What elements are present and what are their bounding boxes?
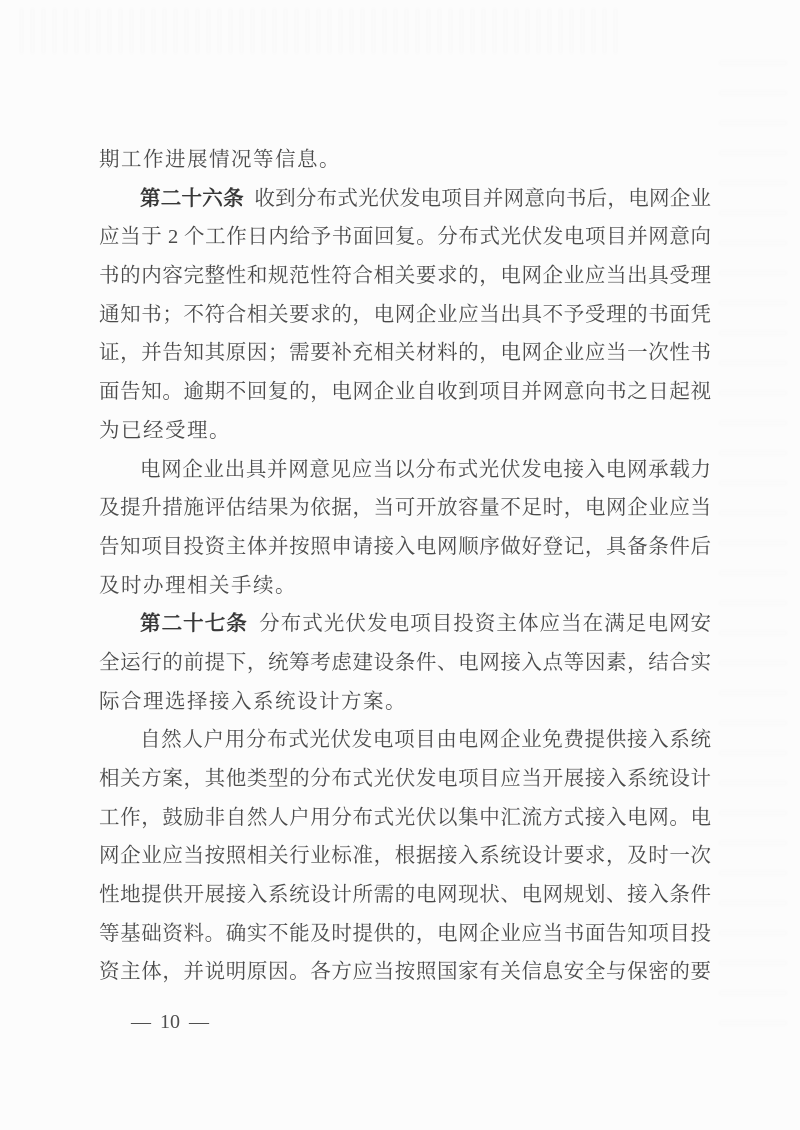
document-page: 期工作进展情况等信息。第二十六条 收到分布式光伏发电项目并网意向书后，电网企业应… bbox=[0, 0, 800, 1130]
body-text: 书的内容完整性和规范性符合相关要求的，电网企业应当出具受理 bbox=[99, 265, 711, 287]
body-text: 面告知。逾期不回复的，电网企业自收到项目并网意向书之日起视 bbox=[99, 381, 711, 403]
body-text: 工作，鼓励非自然人户用分布式光伏以集中汇流方式接入电网。电 bbox=[99, 807, 711, 829]
body-text: 及提升措施评估结果为依据，当可开放容量不足时，电网企业应当 bbox=[99, 497, 711, 519]
text-line: 及时办理相关手续。 bbox=[99, 567, 711, 606]
body-text: 相关方案，其他类型的分布式光伏发电项目应当开展接入系统设计 bbox=[99, 768, 711, 790]
scan-artifact-top bbox=[20, 8, 620, 54]
footer-dash-left: — bbox=[131, 1009, 151, 1035]
text-line: 等基础资料。确实不能及时提供的，电网企业应当书面告知项目投 bbox=[99, 915, 711, 954]
body-text: 际合理选择接入系统设计方案。 bbox=[99, 691, 407, 713]
article-number: 第二十六条 bbox=[140, 188, 244, 210]
text-line: 及提升措施评估结果为依据，当可开放容量不足时，电网企业应当 bbox=[99, 489, 711, 528]
body-text: 性地提供开展接入系统设计所需的电网现状、电网规划、接入条件 bbox=[99, 884, 711, 906]
text-line: 期工作进展情况等信息。 bbox=[99, 141, 711, 180]
text-line: 全运行的前提下，统筹考虑建设条件、电网接入点等因素，结合实 bbox=[99, 644, 711, 683]
body-text: 收到分布式光伏发电项目并网意向书后，电网企业 bbox=[244, 188, 711, 210]
page-footer: —10— bbox=[131, 1009, 209, 1035]
text-line: 自然人户用分布式光伏发电项目由电网企业免费提供接入系统 bbox=[99, 721, 711, 760]
text-line: 工作，鼓励非自然人户用分布式光伏以集中汇流方式接入电网。电 bbox=[99, 799, 711, 838]
text-line: 第二十六条 收到分布式光伏发电项目并网意向书后，电网企业 bbox=[99, 180, 711, 219]
text-line: 电网企业出具并网意见应当以分布式光伏发电接入电网承载力 bbox=[99, 451, 711, 490]
text-line: 第二十七条 分布式光伏发电项目投资主体应当在满足电网安 bbox=[99, 605, 711, 644]
body-text: 电网企业出具并网意见应当以分布式光伏发电接入电网承载力 bbox=[140, 459, 711, 481]
text-line: 际合理选择接入系统设计方案。 bbox=[99, 683, 711, 722]
text-line: 为已经受理。 bbox=[99, 412, 711, 451]
body-text: 为已经受理。 bbox=[99, 420, 231, 442]
scan-artifact-right bbox=[718, 60, 788, 1040]
text-line: 面告知。逾期不回复的，电网企业自收到项目并网意向书之日起视 bbox=[99, 373, 711, 412]
text-line: 相关方案，其他类型的分布式光伏发电项目应当开展接入系统设计 bbox=[99, 760, 711, 799]
text-line: 证，并告知其原因；需要补充相关材料的，电网企业应当一次性书 bbox=[99, 334, 711, 373]
text-line: 网企业应当按照相关行业标准，根据接入系统设计要求，及时一次 bbox=[99, 837, 711, 876]
text-line: 性地提供开展接入系统设计所需的电网现状、电网规划、接入条件 bbox=[99, 876, 711, 915]
body-text: 通知书；不符合相关要求的，电网企业应当出具不予受理的书面凭 bbox=[99, 304, 711, 326]
body-text: 资主体，并说明原因。各方应当按照国家有关信息安全与保密的要 bbox=[99, 961, 711, 983]
body-text: 期工作进展情况等信息。 bbox=[99, 149, 341, 171]
body-text: 等基础资料。确实不能及时提供的，电网企业应当书面告知项目投 bbox=[99, 923, 711, 945]
body-text: 告知项目投资主体并按照申请接入电网顺序做好登记，具备条件后 bbox=[99, 536, 711, 558]
text-line: 通知书；不符合相关要求的，电网企业应当出具不予受理的书面凭 bbox=[99, 296, 711, 335]
body-text: 应当于 2 个工作日内给予书面回复。分布式光伏发电项目并网意向 bbox=[99, 226, 711, 248]
page-number: 10 bbox=[160, 1009, 180, 1035]
body-text: 证，并告知其原因；需要补充相关材料的，电网企业应当一次性书 bbox=[99, 342, 711, 364]
text-line: 应当于 2 个工作日内给予书面回复。分布式光伏发电项目并网意向 bbox=[99, 218, 711, 257]
article-number: 第二十七条 bbox=[140, 613, 248, 635]
footer-dash-right: — bbox=[189, 1009, 209, 1035]
body-text: 分布式光伏发电项目投资主体应当在满足电网安 bbox=[248, 613, 711, 635]
text-line: 书的内容完整性和规范性符合相关要求的，电网企业应当出具受理 bbox=[99, 257, 711, 296]
body-text: 网企业应当按照相关行业标准，根据接入系统设计要求，及时一次 bbox=[99, 845, 711, 867]
body-text: 及时办理相关手续。 bbox=[99, 575, 297, 597]
text-line: 资主体，并说明原因。各方应当按照国家有关信息安全与保密的要 bbox=[99, 953, 711, 992]
document-body: 期工作进展情况等信息。第二十六条 收到分布式光伏发电项目并网意向书后，电网企业应… bbox=[99, 141, 711, 992]
body-text: 全运行的前提下，统筹考虑建设条件、电网接入点等因素，结合实 bbox=[99, 652, 711, 674]
text-line: 告知项目投资主体并按照申请接入电网顺序做好登记，具备条件后 bbox=[99, 528, 711, 567]
body-text: 自然人户用分布式光伏发电项目由电网企业免费提供接入系统 bbox=[140, 729, 711, 751]
